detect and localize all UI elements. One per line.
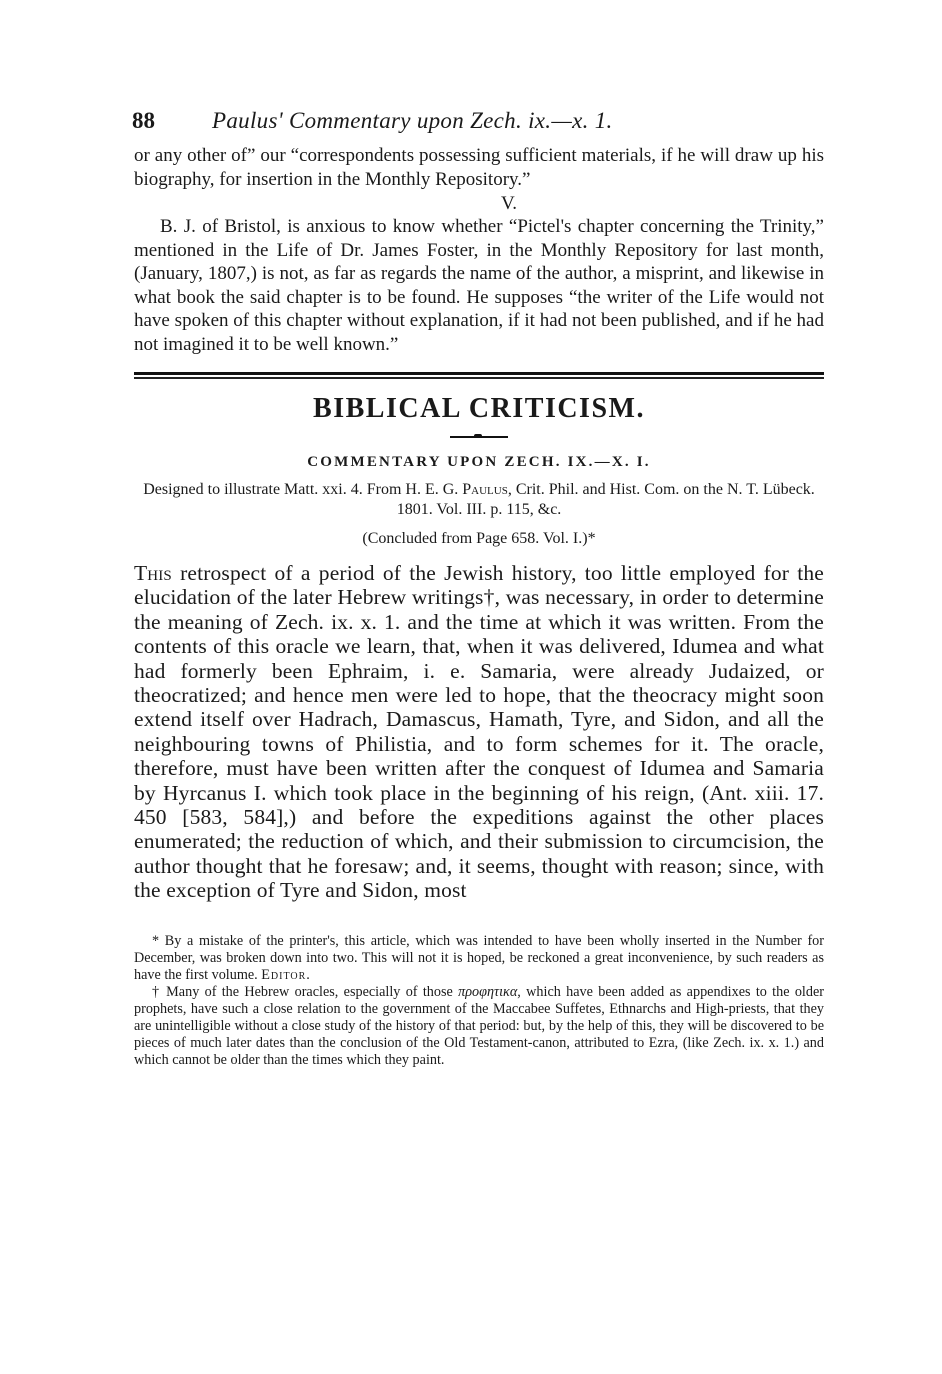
footnote-dagger-pre: † Many of the Hebrew oracles, especially… xyxy=(152,984,458,1000)
body-paragraph: This retrospect of a period of the Jewis… xyxy=(134,561,824,903)
footnote-signature: Editor. xyxy=(261,967,311,983)
body-paragraph-text: retrospect of a period of the Jewish his… xyxy=(134,561,824,902)
footnote-star: * By a mistake of the printer's, this ar… xyxy=(134,933,824,984)
running-header: 88 Paulus' Commentary upon Zech. ix.—x. … xyxy=(134,108,824,144)
section-heading: BIBLICAL CRITICISM. xyxy=(134,392,824,426)
rule-thick-line xyxy=(134,372,824,375)
article-title: COMMENTARY UPON ZECH. IX.—X. I. xyxy=(134,452,824,472)
footnote-star-text: * By a mistake of the printer's, this ar… xyxy=(134,933,824,983)
rule-thin-line xyxy=(134,377,824,379)
article-body: This retrospect of a period of the Jewis… xyxy=(134,561,824,903)
footnote-greek-term: προφητικα xyxy=(458,984,517,1000)
footnote-dagger: † Many of the Hebrew oracles, especially… xyxy=(134,984,824,1069)
page-number: 88 xyxy=(132,108,212,134)
double-rule-divider xyxy=(134,372,824,380)
prior-article-continuation: or any other of” our “correspondents pos… xyxy=(134,144,824,191)
dropcap-word: This xyxy=(134,561,172,585)
footnotes: * By a mistake of the printer's, this ar… xyxy=(134,933,824,1069)
section-numeral: V. xyxy=(134,193,824,215)
running-title: Paulus' Commentary upon Zech. ix.—x. 1. xyxy=(212,108,613,134)
ornament-rule-icon xyxy=(450,436,508,438)
query-paragraph: B. J. of Bristol, is anxious to know whe… xyxy=(134,215,824,356)
byline-author: Paulus xyxy=(462,481,508,498)
concluded-note: (Concluded from Page 658. Vol. I.)* xyxy=(134,529,824,549)
article-byline: Designed to illustrate Matt. xxi. 4. Fro… xyxy=(134,480,824,520)
document-page: 88 Paulus' Commentary upon Zech. ix.—x. … xyxy=(134,108,824,1069)
byline-prefix: Designed to illustrate Matt. xxi. 4. Fro… xyxy=(143,481,462,498)
